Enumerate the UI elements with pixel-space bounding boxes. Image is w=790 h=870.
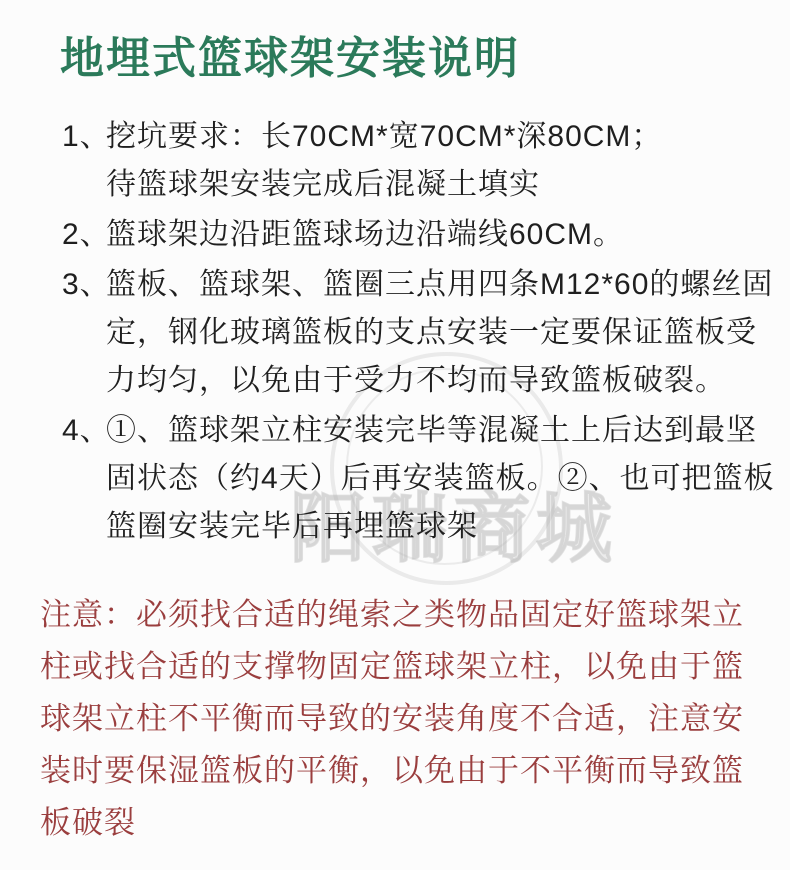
instruction-line: 篮板、篮球架、篮圈三点用四条M12*60的螺丝固 xyxy=(106,261,790,309)
instruction-line: 待篮球架安装完成后混凝土填实 xyxy=(106,161,790,209)
instruction-line: 定，钢化玻璃篮板的支点安装一定要保证篮板受 xyxy=(106,309,790,357)
item-text: ①、篮球架立柱安装完毕等混凝土上后达到最坚 固状态（约4天）后再安装篮板。②、也… xyxy=(106,407,790,551)
item-number: 2、 xyxy=(62,211,106,259)
instruction-item-2: 2、 篮球架边沿距篮球场边沿端线60CM。 xyxy=(62,211,790,259)
instruction-line: ①、篮球架立柱安装完毕等混凝土上后达到最坚 xyxy=(106,407,790,455)
warning-note: 注意：必须找合适的绳索之类物品固定好篮球架立 柱或找合适的支撑物固定篮球架立柱，… xyxy=(40,589,754,849)
instruction-line: 篮圈安装完毕后再埋篮球架 xyxy=(106,503,790,551)
item-number: 3、 xyxy=(62,261,106,309)
instruction-item-4: 4、 ①、篮球架立柱安装完毕等混凝土上后达到最坚 固状态（约4天）后再安装篮板。… xyxy=(62,407,790,551)
instruction-line: 力均匀，以免由于受力不均而导致篮板破裂。 xyxy=(106,357,790,405)
instruction-item-3: 3、 篮板、篮球架、篮圈三点用四条M12*60的螺丝固 定，钢化玻璃篮板的支点安… xyxy=(62,261,790,405)
item-number: 1、 xyxy=(62,113,106,161)
warning-line: 柱或找合适的支撑物固定篮球架立柱，以免由于篮 xyxy=(40,641,754,693)
warning-line: 板破裂 xyxy=(40,797,754,849)
warning-line: 装时要保湿篮板的平衡，以免由于不平衡而导致篮 xyxy=(40,745,754,797)
instruction-item-1: 1、 挖坑要求：长70CM*宽70CM*深80CM； 待篮球架安装完成后混凝土填… xyxy=(62,113,790,209)
item-text: 挖坑要求：长70CM*宽70CM*深80CM； 待篮球架安装完成后混凝土填实 xyxy=(106,113,790,209)
page-title: 地埋式篮球架安装说明 xyxy=(60,33,790,85)
instruction-line: 固状态（约4天）后再安装篮板。②、也可把篮板 xyxy=(106,455,790,503)
instruction-line: 挖坑要求：长70CM*宽70CM*深80CM； xyxy=(106,113,790,161)
item-number: 4、 xyxy=(62,407,106,455)
instruction-line: 篮球架边沿距篮球场边沿端线60CM。 xyxy=(106,211,790,259)
warning-line: 球架立柱不平衡而导致的安装角度不合适，注意安 xyxy=(40,693,754,745)
installation-instructions-document: 地埋式篮球架安装说明 1、 挖坑要求：长70CM*宽70CM*深80CM； 待篮… xyxy=(0,33,790,849)
item-text: 篮板、篮球架、篮圈三点用四条M12*60的螺丝固 定，钢化玻璃篮板的支点安装一定… xyxy=(106,261,790,405)
item-text: 篮球架边沿距篮球场边沿端线60CM。 xyxy=(106,211,790,259)
instruction-list: 1、 挖坑要求：长70CM*宽70CM*深80CM； 待篮球架安装完成后混凝土填… xyxy=(62,113,790,551)
warning-line: 注意：必须找合适的绳索之类物品固定好篮球架立 xyxy=(40,589,754,641)
